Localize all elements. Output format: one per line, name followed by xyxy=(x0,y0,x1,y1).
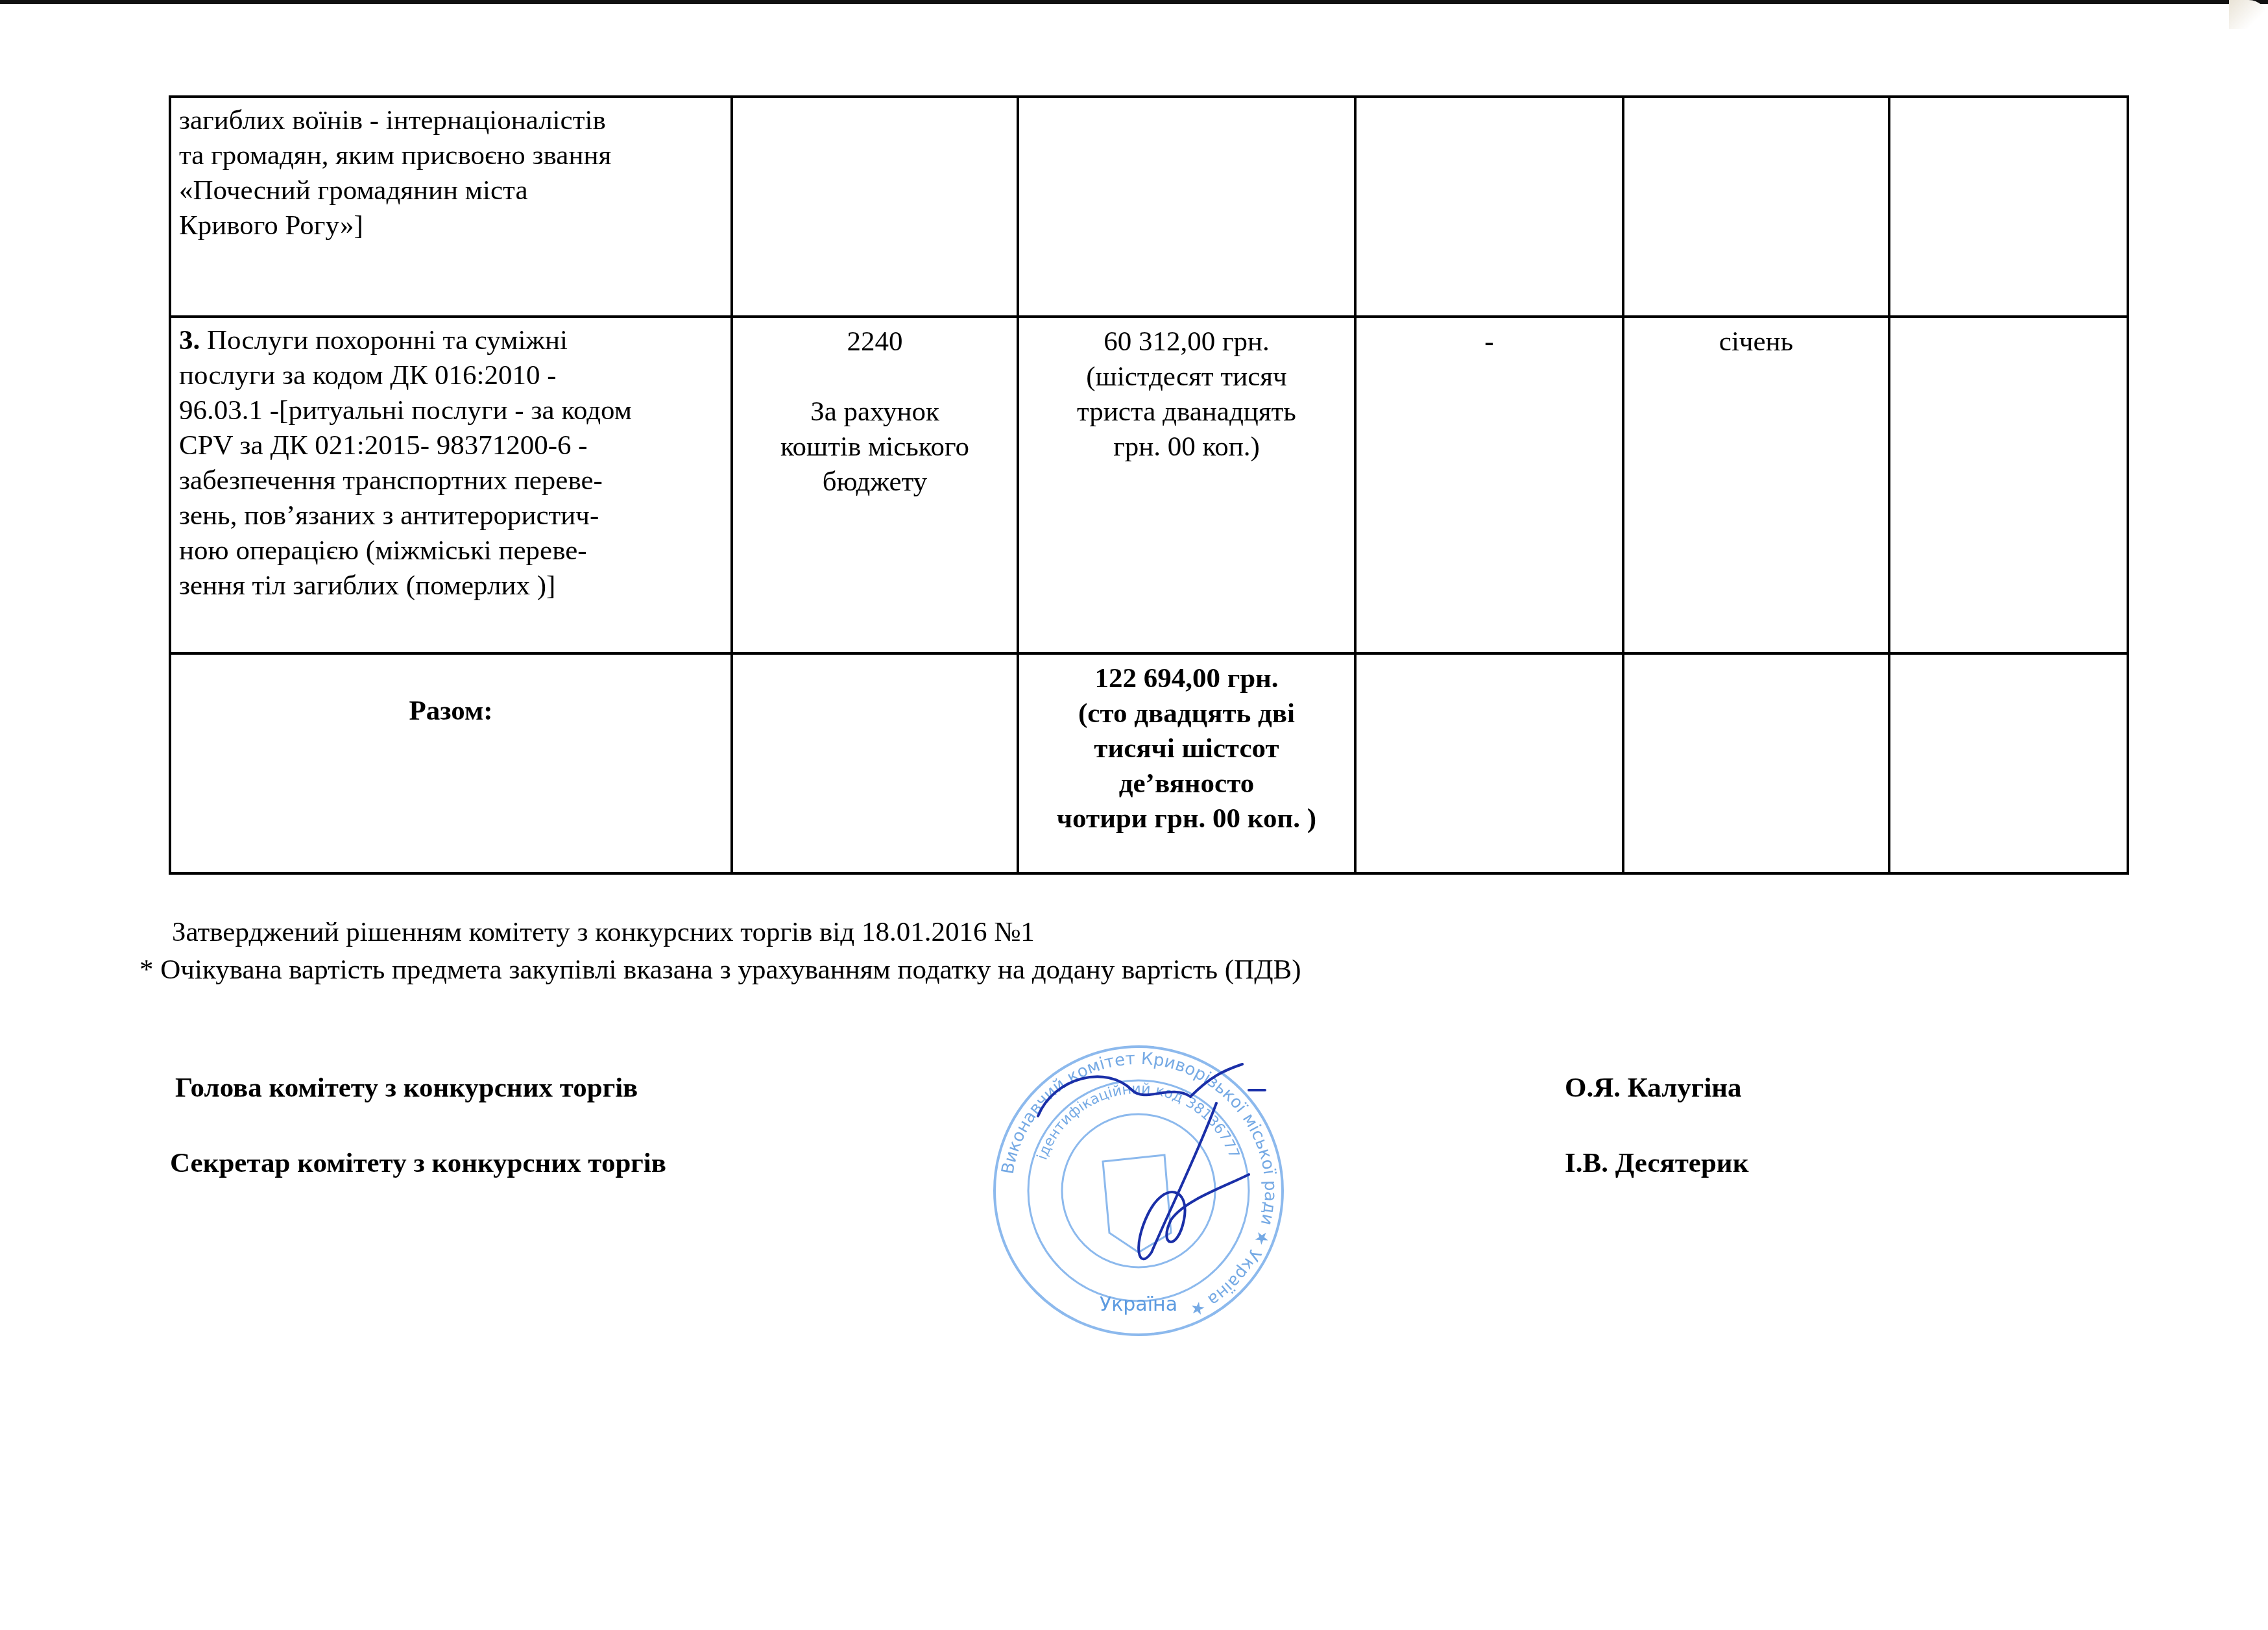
table-row: загиблих воїнів - інтернаціоналістів та … xyxy=(170,97,2128,317)
total-amount-words: де’вяносто xyxy=(1024,766,1349,801)
subject-text: ною операцією (міжміські переве- xyxy=(179,533,723,568)
scan-corner xyxy=(2229,0,2268,29)
expected-cost-words: триста дванадцять xyxy=(1024,395,1349,430)
start-month-cell xyxy=(1623,97,1889,317)
kekv-cell xyxy=(732,97,1018,317)
procurement-plan-table: загиблих воїнів - інтернаціоналістів та … xyxy=(169,95,2129,875)
procedure-cell xyxy=(1355,97,1623,317)
start-month: січень xyxy=(1630,324,1883,359)
expected-cost-cell: 60 312,00 грн. (шістдесят тисяч триста д… xyxy=(1018,317,1355,653)
total-amount-cell: 122 694,00 грн. (сто двадцять дві тисячі… xyxy=(1018,653,1355,873)
kekv-cell xyxy=(732,653,1018,873)
subject-text: CPV за ДК 021:2015- 98371200-6 - xyxy=(179,428,723,463)
vat-note: * Очікувана вартість предмета закупівлі … xyxy=(139,951,1301,989)
secretary-title: Секретар комітету з конкурсних торгів xyxy=(170,1147,666,1179)
subject-text: «Почесний громадянин міста xyxy=(179,173,723,208)
total-amount-words: (сто двадцять дві xyxy=(1024,696,1349,731)
expected-cost-words: грн. 00 коп.) xyxy=(1024,430,1349,465)
start-month-cell: січень xyxy=(1623,317,1889,653)
expected-cost-cell xyxy=(1018,97,1355,317)
notes-cell xyxy=(1889,317,2128,653)
subject-text: Кривого Рогу»] xyxy=(179,208,723,243)
table-row: 3. Послуги похоронні та суміжні послуги … xyxy=(170,317,2128,653)
funding-source: За рахунок xyxy=(738,395,1011,430)
chair-title: Голова комітету з конкурсних торгів xyxy=(175,1072,638,1104)
chair-name: О.Я. Калугіна xyxy=(1565,1072,1742,1104)
official-stamp-icon: Виконавчий комітет Криворізької міської … xyxy=(976,1038,1301,1343)
subject-text: забезпечення транспортних переве- xyxy=(179,463,723,498)
total-amount-words: тисячі шістсот xyxy=(1024,731,1349,766)
start-month-cell xyxy=(1623,653,1889,873)
approval-note: Затверджений рішенням комітету з конкурс… xyxy=(139,914,1301,951)
expected-cost-words: (шістдесят тисяч xyxy=(1024,359,1349,395)
subject-text: та громадян, яким присвоєно звання xyxy=(179,138,723,173)
total-amount-words: чотири грн. 00 коп. ) xyxy=(1024,801,1349,836)
notes-cell xyxy=(1889,653,2128,873)
item-number: 3. xyxy=(179,325,200,356)
total-label-cell: Разом: xyxy=(170,653,732,873)
procedure-cell: - xyxy=(1355,317,1623,653)
expected-cost: 60 312,00 грн. xyxy=(1024,324,1349,359)
subject-cell: 3. Послуги похоронні та суміжні послуги … xyxy=(170,317,732,653)
kekv-cell: 2240 За рахунок коштів міського бюджету xyxy=(732,317,1018,653)
total-row: Разом: 122 694,00 грн. (сто двадцять дві… xyxy=(170,653,2128,873)
subject-cell: загиблих воїнів - інтернаціоналістів та … xyxy=(170,97,732,317)
subject-text: 96.03.1 -[ритуальні послуги - за кодом xyxy=(179,393,723,428)
subject-text: послуги за кодом ДК 016:2010 - xyxy=(179,358,723,393)
subject-text: зень, пов’язаних з антитерористич- xyxy=(179,498,723,533)
funding-source: коштів міського xyxy=(738,430,1011,465)
kekv-code: 2240 xyxy=(738,324,1011,359)
notes-cell xyxy=(1889,97,2128,317)
subject-text: Послуги похоронні та суміжні xyxy=(200,325,568,356)
total-amount: 122 694,00 грн. xyxy=(1024,661,1349,696)
footnotes: Затверджений рішенням комітету з конкурс… xyxy=(139,914,1301,989)
scan-edge xyxy=(0,0,2268,4)
total-label: Разом: xyxy=(171,694,730,729)
procedure-value: - xyxy=(1362,324,1617,359)
funding-source: бюджету xyxy=(738,465,1011,500)
secretary-name: І.В. Десятерик xyxy=(1565,1147,1748,1179)
subject-text: зення тіл загиблих (померлих )] xyxy=(179,568,723,603)
svg-text:Україна: Україна xyxy=(1100,1293,1177,1316)
subject-text: загиблих воїнів - інтернаціоналістів xyxy=(179,103,723,138)
procedure-cell xyxy=(1355,653,1623,873)
